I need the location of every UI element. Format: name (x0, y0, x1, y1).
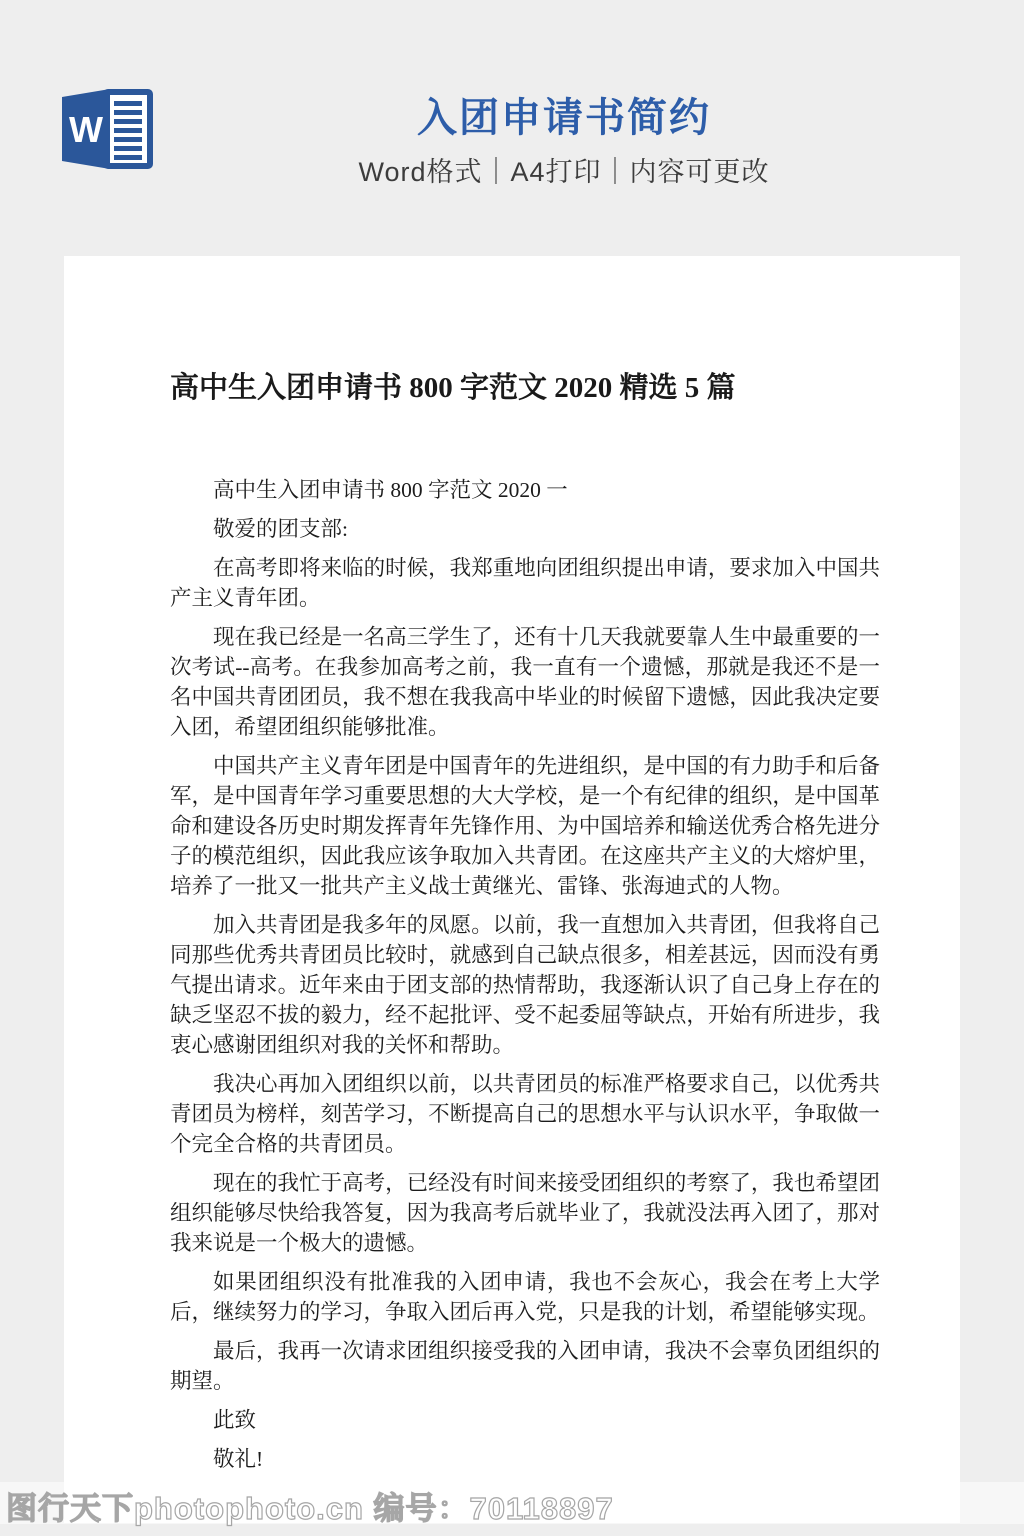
document-paragraph: 现在的我忙于高考，已经没有时间来接受团组织的考察了，我也希望团组织能够尽快给我答… (170, 1168, 880, 1258)
watermark-text: 图行天下photophoto.cn 编号：70118897 (6, 1483, 614, 1528)
site-header: W 入团申请书简约 Word格式｜A4打印｜内容可更改 (0, 0, 1024, 256)
document-paragraph: 我决心再加入团组织以前，以共青团员的标准严格要求自己，以优秀共青团员为榜样，刻苦… (170, 1069, 880, 1159)
document-paragraph: 高中生入团申请书 800 字范文 2020 一 (170, 475, 880, 505)
document-paragraph: 现在我已经是一名高三学生了，还有十几天我就要靠人生中最重要的一次考试--高考。在… (170, 622, 880, 742)
document-paragraph: 加入共青团是我多年的凤愿。以前，我一直想加入共青团，但我将自己同那些优秀共青团员… (170, 910, 880, 1060)
document-paragraph: 如果团组织没有批准我的入团申请，我也不会灰心，我会在考上大学后，继续努力的学习，… (170, 1267, 880, 1327)
document-body: 高中生入团申请书 800 字范文 2020 一敬爱的团支部:在高考即将来临的时候… (170, 475, 880, 1474)
document-paragraph: 中国共产主义青年团是中国青年的先进组织，是中国的有力助手和后备军，是中国青年学习… (170, 751, 880, 901)
document-paragraph: 在高考即将来临的时候，我郑重地向团组织提出申请，要求加入中国共产主义青年团。 (170, 553, 880, 613)
template-title: 入团申请书简约 (104, 86, 1024, 143)
template-subtitle: Word格式｜A4打印｜内容可更改 (104, 150, 1024, 189)
document-paragraph: 敬爱的团支部: (170, 514, 880, 544)
word-letter: W (69, 109, 103, 150)
document-paragraph: 敬礼! (170, 1444, 880, 1474)
document-page: 高中生入团申请书 800 字范文 2020 精选 5 篇 高中生入团申请书 80… (64, 256, 960, 1523)
document-paragraph: 最后，我再一次请求团组织接受我的入团申请，我决不会辜负团组织的期望。 (170, 1336, 880, 1396)
document-paragraph: 此致 (170, 1405, 880, 1435)
document-title: 高中生入团申请书 800 字范文 2020 精选 5 篇 (170, 368, 880, 409)
